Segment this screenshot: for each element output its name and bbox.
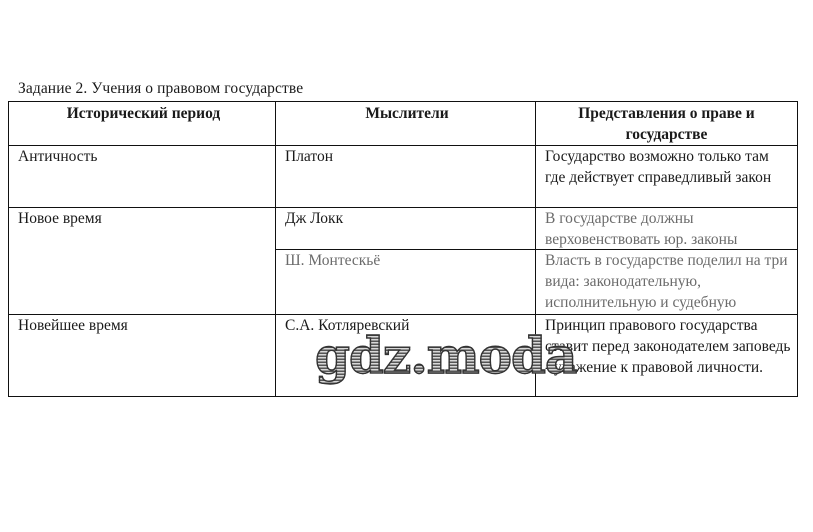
table-border-top [8,101,798,102]
row-antiquity-idea: Государство возможно только там где дейс… [536,146,797,188]
row-modern-idea-montesquieu: Власть в государстве поделил на три вида… [536,250,797,313]
header-ideas: Представления о праве и государстве [536,103,797,145]
teachings-table: Исторический период Мыслители Представле… [8,101,798,397]
header-thinkers: Мыслители [276,103,535,124]
row-contemporary-period: Новейшее время [9,315,275,336]
row-antiquity-thinker: Платон [276,146,535,167]
row-modern-thinker-locke: Дж Локк [276,208,535,229]
row-contemporary-thinker: С.А. Котляревский [276,315,535,336]
row-modern-thinker-montesquieu: Ш. Монтескьё [276,250,535,271]
row-modern-idea-locke: В государстве должны верховенствовать юр… [536,208,797,250]
task-title: Задание 2. Учения о правовом государстве [18,80,303,98]
header-period: Исторический период [9,103,275,124]
row-antiquity-period: Античность [9,146,275,167]
row-modern-period: Новое время [9,208,275,229]
table-border-bottom [8,396,798,397]
row-contemporary-idea: Принцип правового государства ставит пер… [536,315,797,378]
